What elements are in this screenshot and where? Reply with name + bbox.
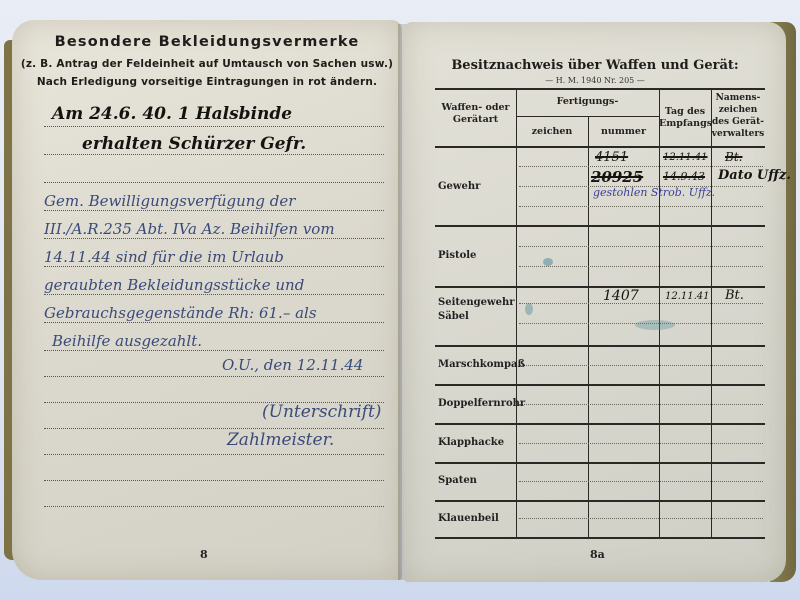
table-col-divider (659, 88, 660, 537)
table-col-divider (588, 116, 589, 537)
handwritten-entry: 14.11.44 sind für die im Urlaub (44, 248, 284, 266)
header-tag-des-empfangs: Tag des Empfangs (659, 106, 711, 130)
table-rule (435, 146, 765, 148)
row-dotline (519, 206, 763, 207)
left-page-title: Besondere Bekleidungsvermerke (12, 34, 402, 50)
left-page-subtitle-1: (z. B. Antrag der Feldeinheit auf Umtaus… (12, 58, 402, 70)
left-page-subtitle-2: Nach Erledigung vorseitige Eintragungen … (12, 76, 402, 88)
handwritten-entry: III./A.R.235 Abt. IVa Az. Beihilfen vom (44, 220, 335, 238)
row-dotline (519, 481, 763, 482)
gewehr-tag-2: 14.9.43 (663, 170, 705, 183)
handwritten-title: Zahlmeister. (227, 430, 334, 450)
row-dotline (519, 246, 763, 247)
header-zeichen: zeichen (516, 126, 588, 138)
row-dotline (519, 518, 763, 519)
gewehr-tag-1: 12.11.41 (663, 152, 708, 163)
ink-stain (525, 303, 533, 315)
handwritten-entry: Gem. Bewilligungsverfügung der (44, 192, 295, 210)
table-rule (435, 384, 765, 386)
row-label-klapphacke: Klapphacke (438, 436, 504, 450)
ruled-line (44, 454, 384, 455)
row-label-klauenbeil: Klauenbeil (438, 512, 499, 526)
header-nummer: nummer (588, 126, 659, 138)
ruled-line (44, 350, 384, 351)
page-number-left: 8 (200, 548, 208, 561)
gewehr-namen-1: Bt. (725, 150, 742, 164)
table-rule (435, 88, 765, 90)
row-dotline (519, 266, 763, 267)
seitengewehr-nummer: 1407 (603, 288, 639, 304)
row-dotline (519, 303, 763, 304)
row-label-gewehr: Gewehr (438, 180, 480, 194)
ruled-line (44, 506, 384, 507)
table-col-divider (516, 88, 517, 537)
seitengewehr-tag: 12.11.41 (665, 291, 710, 302)
table-rule (435, 537, 765, 539)
right-page: Besitznachweis über Waffen und Gerät: — … (404, 22, 786, 582)
ruled-line (44, 154, 384, 155)
header-fertigungs: Fertigungs- (516, 96, 659, 108)
table-rule (435, 286, 765, 288)
row-label-seitengewehr: Seitengewehr Säbel (438, 296, 508, 324)
ruled-line (44, 376, 384, 377)
ink-stain (543, 258, 553, 266)
gewehr-nummer-2: 20925 (591, 168, 643, 186)
table-rule (435, 423, 765, 425)
handwritten-entry: Am 24.6. 40. 1 Halsbinde (52, 104, 292, 124)
row-label-marschkompass: Marschkompaß (438, 358, 525, 372)
table-rule (435, 225, 765, 227)
handwritten-date: O.U., den 12.11.44 (222, 356, 363, 374)
handwritten-entry: Gebrauchsgegenstände Rh: 61.– als (44, 304, 317, 322)
handwritten-entry: erhalten Schürzer Gefr. (82, 134, 306, 154)
ruled-line (44, 428, 384, 429)
header-namenszeichen: Namens- zeichen des Gerät- verwalters (711, 92, 765, 140)
header-waffen-geraetart: Waffen- oder Gerätart (435, 102, 516, 126)
table-rule (435, 345, 765, 347)
ruled-line (44, 266, 384, 267)
row-dotline (519, 166, 763, 167)
ruled-line (44, 480, 384, 481)
handwritten-signature: (Unterschrift) (262, 402, 381, 422)
weapons-equipment-table: Waffen- oder Gerätart Fertigungs- zeiche… (435, 88, 765, 538)
gewehr-stolen-note: gestohlen Strob. Uffz. (593, 186, 715, 199)
table-rule (435, 500, 765, 502)
ruled-line (44, 126, 384, 127)
right-page-title: Besitznachweis über Waffen und Gerät: (404, 58, 786, 73)
ruled-line (44, 238, 384, 239)
seitengewehr-namen: Bt. (725, 288, 744, 303)
gewehr-nummer-1: 4151 (595, 150, 628, 165)
handwritten-entry: geraubten Bekleidungsstücke und (44, 276, 304, 294)
ruled-line (44, 294, 384, 295)
row-dotline (519, 443, 763, 444)
row-label-pistole: Pistole (438, 249, 476, 263)
ruled-line (44, 182, 384, 183)
table-col-divider (711, 88, 712, 537)
left-page: Besondere Bekleidungsvermerke (z. B. Ant… (12, 20, 402, 580)
gewehr-namen-2: Dato Uffz. (718, 168, 791, 183)
ruled-line (44, 210, 384, 211)
row-dotline (519, 365, 763, 366)
handwritten-entry: Beihilfe ausgezahlt. (52, 332, 202, 350)
right-page-subtitle: — H. M. 1940 Nr. 205 — (404, 76, 786, 85)
page-number-right: 8a (590, 548, 605, 561)
row-dotline (519, 404, 763, 405)
row-label-doppelfernrohr: Doppelfernrohr (438, 397, 525, 411)
ink-stain (635, 320, 675, 330)
table-rule (435, 462, 765, 464)
ruled-line (44, 322, 384, 323)
row-label-spaten: Spaten (438, 474, 477, 488)
